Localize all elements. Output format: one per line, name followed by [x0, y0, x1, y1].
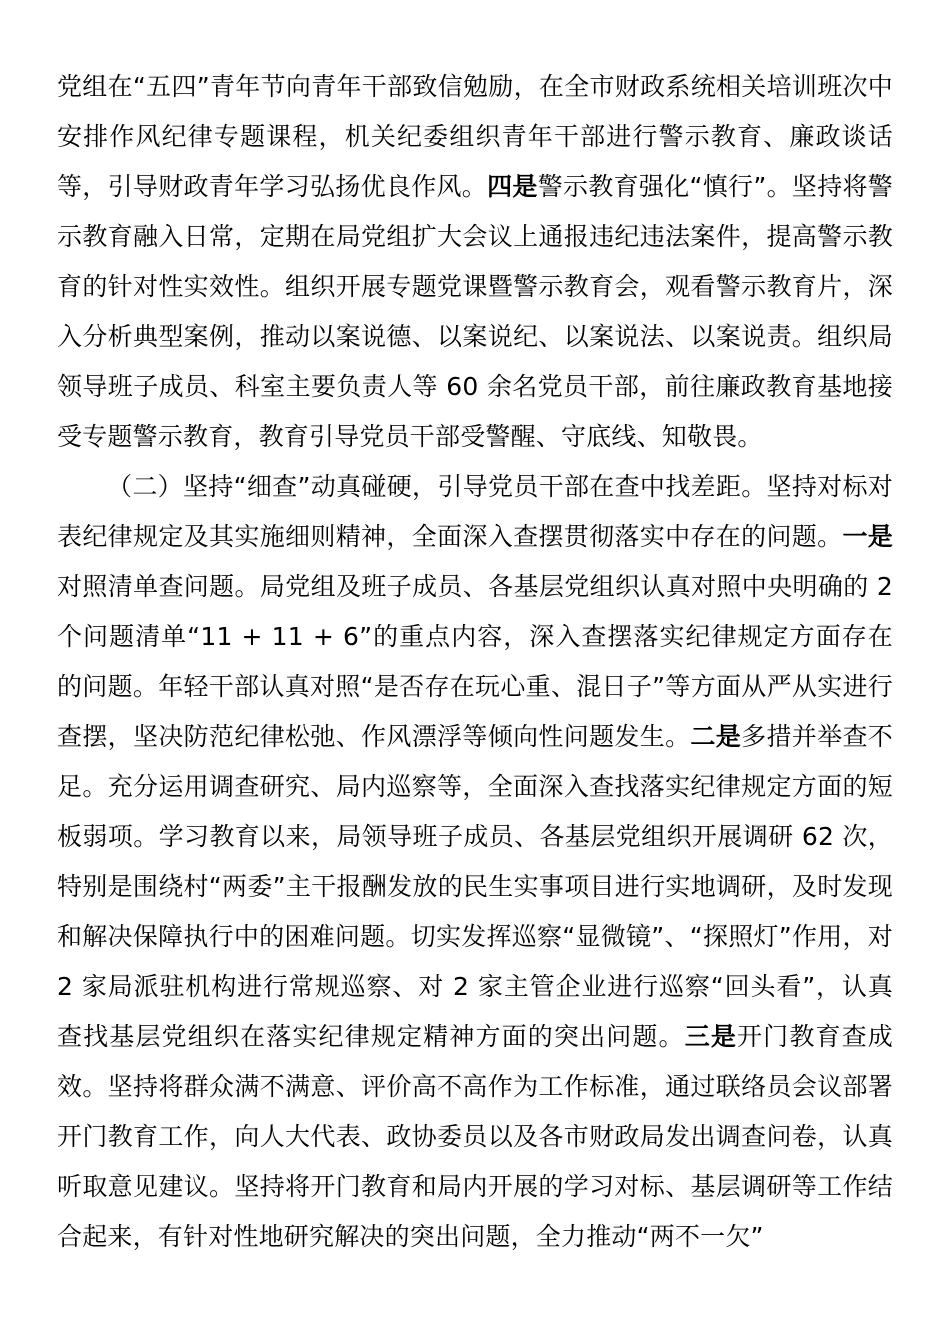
paragraph: （二）坚持“细查”动真碰硬，引导党员干部在查中找差距。坚持对标对表纪律规定及其实… — [57, 462, 893, 1262]
bold-text-run: 二是 — [690, 722, 741, 751]
text-run: 多措并举查不足。充分运用调查研究、局内巡察等，全面深入查找落实纪律规定方面的短板… — [57, 722, 893, 1051]
text-run: （二）坚持“细查”动真碰硬，引导党员干部在查中找差距。坚持对标对表纪律规定及其实… — [57, 472, 893, 551]
text-run: 警示教育强化“慎行”。坚持将警示教育融入日常，定期在局党组扩大会议上通报违纪违法… — [57, 172, 893, 451]
document-page: 党组在“五四”青年节向青年干部致信勉励，在全市财政系统相关培训班次中安排作风纪律… — [0, 0, 950, 1344]
paragraph: 党组在“五四”青年节向青年干部致信勉励，在全市财政系统相关培训班次中安排作风纪律… — [57, 62, 893, 462]
bold-text-run: 四是 — [487, 172, 538, 201]
text-run: 开门教育查成效。坚持将群众满不满意、评价高不高作为工作标准，通过联络员会议部署开… — [57, 1022, 893, 1251]
document-body: 党组在“五四”青年节向青年干部致信勉励，在全市财政系统相关培训班次中安排作风纪律… — [57, 62, 893, 1262]
bold-text-run: 三是 — [685, 1022, 737, 1051]
bold-text-run: 一是 — [842, 522, 893, 551]
